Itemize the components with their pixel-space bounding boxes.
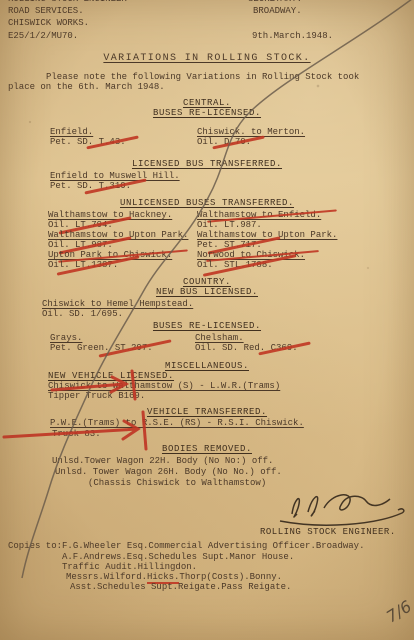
entry-fleet: Oil. SD. 1/695. — [42, 309, 123, 319]
signature-scrawl — [280, 495, 404, 525]
entry-route: Walthamstow to Hackney. — [48, 210, 172, 220]
entry-fleet: Oil. LT.794. — [48, 220, 113, 230]
header-to-line1: SECRETARY. — [248, 0, 302, 4]
header-dept-line2: ROAD SERVICES. — [8, 6, 84, 16]
entry-fleet: Oil. LT.987. — [197, 220, 262, 230]
entry-fleet: Pet. ST.717. — [197, 240, 262, 250]
licensed-bus-transferred-heading: LICENSED BUS TRANSFERRED. — [0, 159, 414, 169]
entry-fleet: Pet. Green. ST.297. — [50, 343, 153, 353]
document-date: 9th.March.1948. — [252, 31, 333, 41]
section-country-heading: COUNTRY. — [0, 277, 414, 287]
bodies-removed-line3: (Chassis Chiswick to Walthamstow) — [88, 478, 266, 488]
new-bus-licensed-heading: NEW BUS LICENSED. — [0, 287, 414, 297]
bodies-removed-line2: Unlsd. Tower Wagon 26H. Body (No No.) of… — [55, 467, 282, 477]
entry-fleet: Oil. LT.1387. — [48, 260, 118, 270]
section-central-heading: CENTRAL. — [0, 98, 414, 108]
header-dept-line3: CHISWICK WORKS. — [8, 18, 89, 28]
entry-fleet: Oil. D.70. — [197, 137, 251, 147]
entry-route: Chiswick to Walthamstow (S) - L.W.R.(Tra… — [48, 381, 280, 391]
copies-line1: Copies to:F.G.Wheeler Esq.Commercial Adv… — [8, 541, 364, 551]
unlicensed-buses-transferred-heading: UNLICENSED BUSES TRANSFERRED. — [0, 198, 414, 208]
entry-route: P.W.E.(Trams) to R.S.E. (RS) - R.S.I. Ch… — [50, 418, 304, 428]
entry-route: Chiswick to Hemel Hempstead. — [42, 299, 193, 309]
vehicle-transferred-heading: VEHICLE TRANSFERRED. — [0, 407, 414, 417]
margin-note: 7/6 — [383, 597, 414, 627]
entry-fleet: Oil. SD. Red. C369. — [195, 343, 298, 353]
country-buses-relicensed-heading: BUSES RE-LICENSED. — [0, 321, 414, 331]
entry-vehicle: Truck 83. — [52, 429, 101, 439]
intro-line2: place on the 6th. March 1948. — [8, 82, 165, 92]
copies-line3: Traffic Audit.Hillingdon. — [62, 562, 197, 572]
entry-fleet: Oil. STL.1788. — [197, 260, 273, 270]
entry-route: Enfield. — [50, 127, 93, 137]
signatory-role: ROLLING STOCK ENGINEER. — [260, 527, 396, 537]
entry-vehicle: Tipper Truck B169. — [48, 391, 145, 401]
reference-number: E25/1/2/MU70. — [8, 31, 78, 41]
entry-route: Enfield to Muswell Hill. — [50, 171, 180, 181]
copies-line5: Asst.Schedules Supt.Reigate.Pass Reigate… — [70, 582, 291, 592]
document-page: ROLLING STOCK ENGINEER ROAD SERVICES. CH… — [0, 0, 414, 640]
entry-route: Walthamstow to Enfield. — [197, 210, 321, 220]
entry-route: Upton Park to Chiswick. — [48, 250, 172, 260]
intro-line1: Please note the following Variations in … — [46, 72, 359, 82]
header-dept-line1: ROLLING STOCK ENGINEER — [8, 0, 127, 4]
new-vehicle-licensed-heading: NEW VEHICLE LICENSED. — [48, 371, 174, 381]
entry-route: Chiswick. to Merton. — [197, 127, 305, 137]
entry-fleet: Pet. SD. T.310. — [50, 181, 131, 191]
entry-fleet: Oil. LT.987. — [48, 240, 113, 250]
entry-route: Chelsham. — [195, 333, 244, 343]
central-buses-relicensed-heading: BUSES RE-LICENSED. — [0, 108, 414, 118]
copies-line4: Messrs.Wilford.Hicks.Thorp(Costs).Bonny. — [66, 572, 282, 582]
copies-line2: A.F.Andrews.Esq.Schedules Supt.Manor Hou… — [62, 552, 294, 562]
entry-route: Grays. — [50, 333, 82, 343]
entry-fleet: Pet. SD. T.43. — [50, 137, 126, 147]
page-title: VARIATIONS IN ROLLING STOCK. — [0, 53, 414, 64]
header-to-line2: BROADWAY. — [253, 6, 302, 16]
bodies-removed-heading: BODIES REMOVED. — [0, 444, 414, 454]
section-miscellaneous-heading: MISCELLANEOUS. — [0, 361, 414, 371]
bodies-removed-line1: Unlsd.Tower Wagon 22H. Body (No No:) off… — [52, 456, 273, 466]
